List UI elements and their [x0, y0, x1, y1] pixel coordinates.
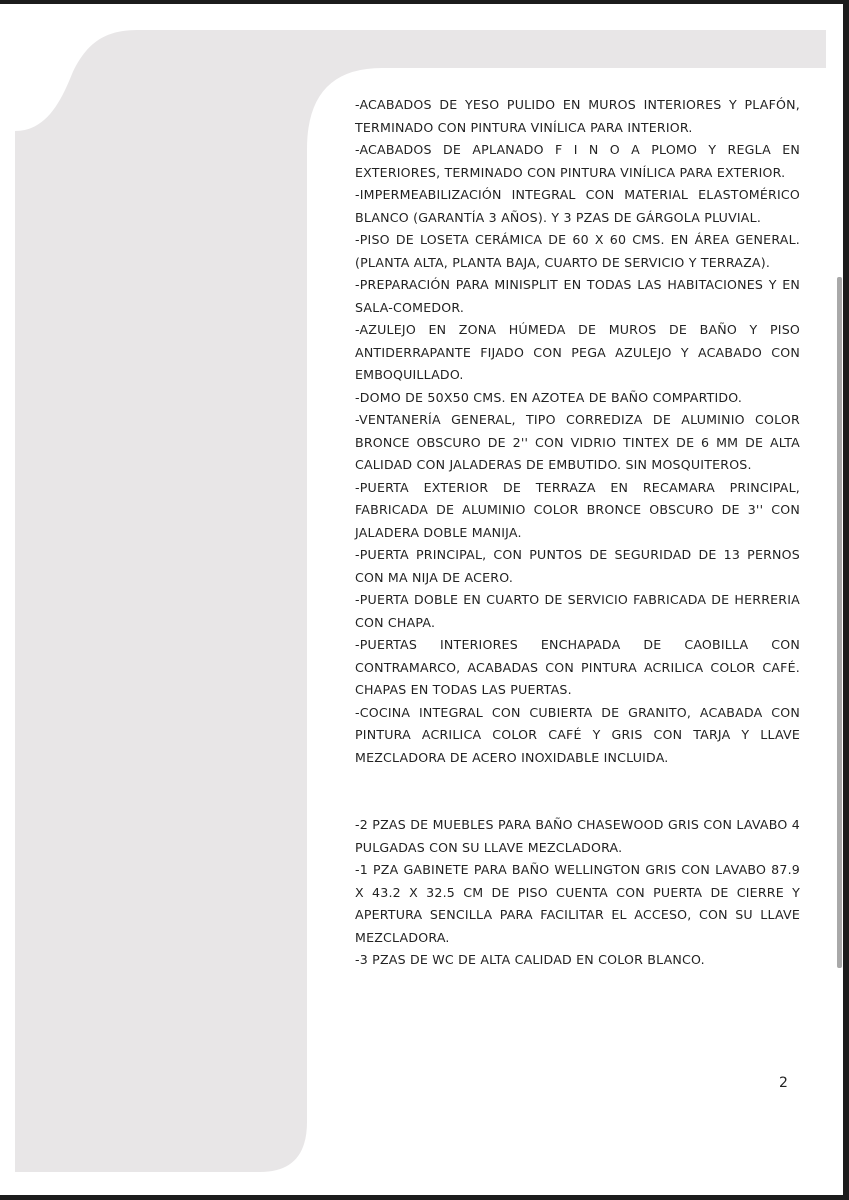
- section-gap: [355, 769, 800, 814]
- spec-paragraph: -PUERTA DOBLE EN CUARTO DE SERVICIO FABR…: [355, 589, 800, 634]
- spec-paragraph: -ACABADOS DE APLANADO F I N O A PLOMO Y …: [355, 139, 800, 184]
- specifications-list: -ACABADOS DE YESO PULIDO EN MUROS INTERI…: [355, 94, 800, 769]
- spec-paragraph: -PISO DE LOSETA CERÁMICA DE 60 X 60 CMS.…: [355, 229, 800, 274]
- spec-paragraph: -PUERTAS INTERIORES ENCHAPADA DE CAOBILL…: [355, 634, 800, 702]
- spec-paragraph: -PUERTA EXTERIOR DE TERRAZA EN RECAMARA …: [355, 477, 800, 545]
- page-number: 2: [779, 1075, 788, 1091]
- spec-paragraph: -3 PZAS DE WC DE ALTA CALIDAD EN COLOR B…: [355, 949, 800, 972]
- spec-paragraph: -1 PZA GABINETE PARA BAÑO WELLINGTON GRI…: [355, 859, 800, 949]
- spec-paragraph: -ACABADOS DE YESO PULIDO EN MUROS INTERI…: [355, 94, 800, 139]
- spec-paragraph: -PUERTA PRINCIPAL, CON PUNTOS DE SEGURID…: [355, 544, 800, 589]
- spec-paragraph: -2 PZAS DE MUEBLES PARA BAÑO CHASEWOOD G…: [355, 814, 800, 859]
- spec-paragraph: -IMPERMEABILIZACIÓN INTEGRAL CON MATERIA…: [355, 184, 800, 229]
- document-page: -ACABADOS DE YESO PULIDO EN MUROS INTERI…: [0, 4, 843, 1195]
- spec-paragraph: -PREPARACIÓN PARA MINISPLIT EN TODAS LAS…: [355, 274, 800, 319]
- bathroom-specifications-list: -2 PZAS DE MUEBLES PARA BAÑO CHASEWOOD G…: [355, 814, 800, 972]
- document-body: -ACABADOS DE YESO PULIDO EN MUROS INTERI…: [355, 94, 800, 972]
- spec-paragraph: -COCINA INTEGRAL CON CUBIERTA DE GRANITO…: [355, 702, 800, 770]
- spec-paragraph: -VENTANERÍA GENERAL, TIPO CORREDIZA DE A…: [355, 409, 800, 477]
- spec-paragraph: -AZULEJO EN ZONA HÚMEDA DE MUROS DE BAÑO…: [355, 319, 800, 387]
- scrollbar-thumb[interactable]: [837, 277, 842, 968]
- spec-paragraph: -DOMO DE 50X50 CMS. EN AZOTEA DE BAÑO CO…: [355, 387, 800, 410]
